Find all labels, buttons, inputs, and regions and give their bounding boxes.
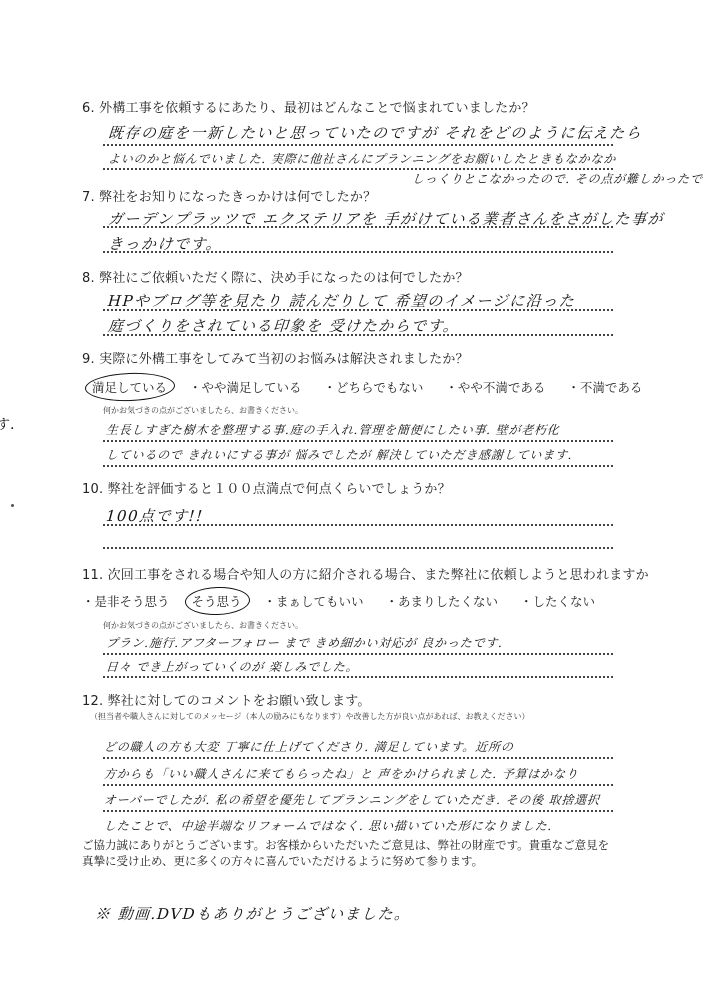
q11-option-not-really[interactable]: ・あまりしたくない [386, 592, 499, 610]
question-8-heading: 8. 弊社にご依頼いただく際に、決め手になったのは何でしたか？ [82, 267, 469, 286]
q6-dotted-line-1 [103, 144, 613, 146]
q12-dotted-line-1 [103, 757, 613, 759]
q12-hint: （担当者や職人さんに対してのメッセージ（本人の励みにもなります）や改善した方が良… [90, 711, 530, 722]
q10-dotted-line-2 [103, 547, 613, 549]
q11-options: ・是非そう思う そう思う ・まぁしてもいい ・あまりしたくない ・したくない [82, 592, 613, 610]
question-11-heading: 11. 次回工事をされる場合や知人の方に紹介される場合、また弊社に依頼しようと思… [82, 564, 649, 583]
q8-dotted-line-1 [103, 309, 613, 311]
q9-dotted-line-1 [103, 440, 613, 442]
question-9-heading: 9. 実際に外構工事をしてみて当初のお悩みは解決されましたか？ [82, 348, 469, 367]
q12-answer-line-4: したことで、中途半端なリフォームではなく. 思い描いていた形になりました. [103, 817, 552, 834]
q12-answer-line-1: どの職人の方も大変 丁寧に仕上げてくださり. 満足しています。近所の [103, 738, 514, 755]
q9-dotted-line-2 [103, 465, 613, 467]
postscript-note: ※ 動画.DVDもありがとうございました。 [94, 903, 411, 924]
q11-dotted-line-2 [103, 676, 613, 678]
q6-answer-line-3: しっくりとこなかったので. その点が難しかったです。 [411, 170, 705, 187]
footer-thanks-line-2: 真摯に受け止め、更に多くの方々に喜んでいただけるように努めて参ります。 [82, 853, 483, 869]
q8-answer-line-2: 庭づくりをされている印象を 受けたからです。 [107, 315, 460, 336]
q9-options: 満足している ・やや満足している ・どちらでもない ・やや不満である ・不満であ… [92, 378, 660, 396]
q8-answer-line-1: HPやブログ等を見たり 読んだりして 希望のイメージに沿った [107, 290, 576, 311]
q7-dotted-line-2 [103, 251, 613, 253]
q11-option-no[interactable]: ・したくない [520, 592, 595, 610]
q9-option-dissatisfied[interactable]: ・不満である [567, 378, 642, 396]
q9-answer-line-1: 生長しすぎた樹木を整理する事.庭の手入れ.管理を簡便にしたい事. 壁が老朽化 [105, 421, 560, 438]
q12-answer-line-3: オーバーでしたが. 私の希望を優先してプランニングをしていただき. その後 取捨… [103, 791, 600, 808]
question-6-heading: 6. 外構工事を依頼するにあたり、最初はどんなことで悩まれていましたか？ [82, 97, 535, 116]
margin-dot [11, 504, 14, 507]
q10-answer-line-1: 100点です!! [105, 505, 204, 526]
q7-dotted-line-1 [103, 226, 613, 228]
q11-option-yes[interactable]: そう思う [192, 592, 242, 610]
q11-dotted-line-1 [103, 653, 613, 655]
q9-option-somewhat-dissatisfied[interactable]: ・やや不満である [445, 378, 545, 396]
question-10-heading: 10. 弊社を評価すると１００点満点で何点くらいでしょうか？ [82, 478, 451, 497]
q9-option-somewhat-satisfied[interactable]: ・やや満足している [189, 378, 302, 396]
q6-answer-line-1: 既存の庭を一新したいと思っていたのですが それをどのように伝えたら [107, 122, 643, 143]
question-12-heading: 12. 弊社に対してのコメントをお願い致します。 [82, 690, 371, 709]
q9-option-satisfied[interactable]: 満足している [92, 378, 167, 396]
q6-answer-line-2: よいのかと悩んでいました. 実際に他社さんにプランニングをお願いしたときもなかな… [107, 150, 616, 167]
question-7-heading: 7. 弊社をお知りになったきっかけは何でしたか？ [82, 186, 376, 205]
q11-answer-line-1: プラン.施行.アフターフォロー まで きめ細かい対応が 良かったです. [105, 634, 503, 651]
footer-thanks-line-1: ご協力誠にありがとうございます。お客様からいただいたご意見は、弊社の財産です。貴… [82, 837, 609, 853]
q12-dotted-line-3 [103, 810, 613, 812]
q11-option-definitely[interactable]: ・是非そう思う [82, 592, 170, 610]
q11-answer-line-2: 日々 でき上がっていくのが 楽しみでした。 [105, 658, 359, 675]
q12-dotted-line-2 [103, 784, 613, 786]
q9-answer-line-2: しているので きれいにする事が 悩みでしたが 解決していただき感謝しています. [105, 446, 573, 463]
q10-dotted-line-1 [103, 524, 613, 526]
q9-hint: 何かお気づきの点がございましたら、お書きください。 [103, 405, 303, 416]
margin-text-fragment: す. [0, 414, 14, 434]
q12-answer-line-2: 方からも「いい職人さんに来てもらったね」と 声をかけられました. 予算はかなり [103, 765, 579, 782]
q11-hint: 何かお気づきの点がございましたら、お書きください。 [103, 620, 303, 631]
q11-option-maybe[interactable]: ・まぁしてもいい [264, 592, 364, 610]
q8-dotted-line-2 [103, 334, 613, 336]
q9-option-neutral[interactable]: ・どちらでもない [324, 378, 424, 396]
